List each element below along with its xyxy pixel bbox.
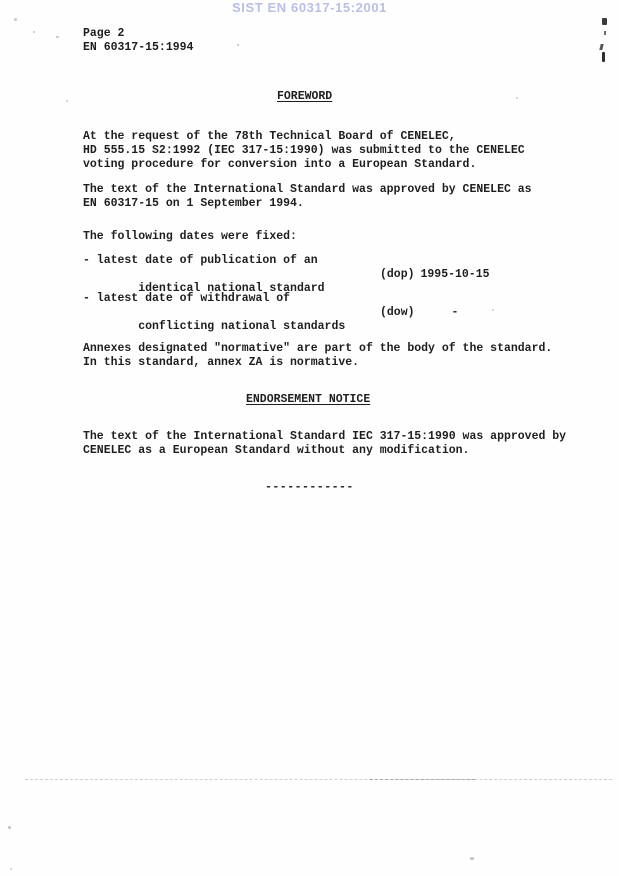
text-line: HD 555.15 S2:1992 (IEC 317-15:1990) was … — [83, 144, 525, 158]
date-value-dow: - — [395, 306, 515, 320]
scan-artifact — [14, 18, 17, 21]
scan-fold-line-segment — [370, 779, 475, 780]
scan-artifact — [56, 36, 59, 38]
foreword-paragraph-1: At the request of the 78th Technical Boa… — [83, 130, 525, 173]
annexes-paragraph: Annexes designated "normative" are part … — [83, 342, 552, 370]
text-line: The text of the International Standard I… — [83, 430, 566, 444]
scan-artifact — [604, 31, 606, 35]
scan-artifact — [492, 309, 494, 311]
text-line: The text of the International Standard w… — [83, 183, 532, 197]
end-separator-dashes: ------------ — [265, 481, 354, 495]
scan-artifact — [237, 44, 239, 46]
foreword-paragraph-2: The text of the International Standard w… — [83, 183, 532, 211]
document-page: SIST EN 60317-15:2001 Page 2 EN 60317-15… — [0, 0, 619, 876]
scan-artifact — [470, 857, 474, 860]
scan-artifact — [599, 44, 603, 50]
text-line: The following dates were fixed: — [83, 230, 297, 244]
scan-artifact — [66, 100, 68, 102]
scan-artifact — [602, 18, 607, 25]
scan-fold-line — [25, 779, 612, 780]
scan-artifact — [516, 97, 518, 99]
date-label: conflicting national standards — [124, 320, 345, 333]
text-line: CENELEC as a European Standard without a… — [83, 444, 566, 458]
scan-artifact — [33, 31, 35, 33]
scan-artifact — [10, 868, 12, 870]
text-line: Annexes designated "normative" are part … — [83, 342, 552, 356]
sist-watermark: SIST EN 60317-15:2001 — [0, 1, 619, 15]
scan-artifact — [602, 52, 605, 62]
scan-artifact — [8, 826, 11, 829]
endorsement-notice-title: ENDORSEMENT NOTICE — [246, 393, 370, 407]
text-line: EN 60317-15 on 1 September 1994. — [83, 197, 532, 211]
endorsement-paragraph: The text of the International Standard I… — [83, 430, 566, 458]
text-line: In this standard, annex ZA is normative. — [83, 356, 552, 370]
document-number: EN 60317-15:1994 — [83, 41, 193, 55]
page-number: Page 2 — [83, 27, 193, 41]
foreword-title: FOREWORD — [277, 90, 332, 104]
text-line: - latest date of publication of an — [83, 254, 325, 268]
text-line: At the request of the 78th Technical Boa… — [83, 130, 525, 144]
text-line: - latest date of withdrawal of — [83, 292, 345, 306]
page-header: Page 2 EN 60317-15:1994 — [83, 27, 193, 55]
date-value-dop: 1995-10-15 — [395, 268, 515, 282]
dates-intro: The following dates were fixed: — [83, 230, 297, 244]
text-line: voting procedure for conversion into a E… — [83, 158, 525, 172]
